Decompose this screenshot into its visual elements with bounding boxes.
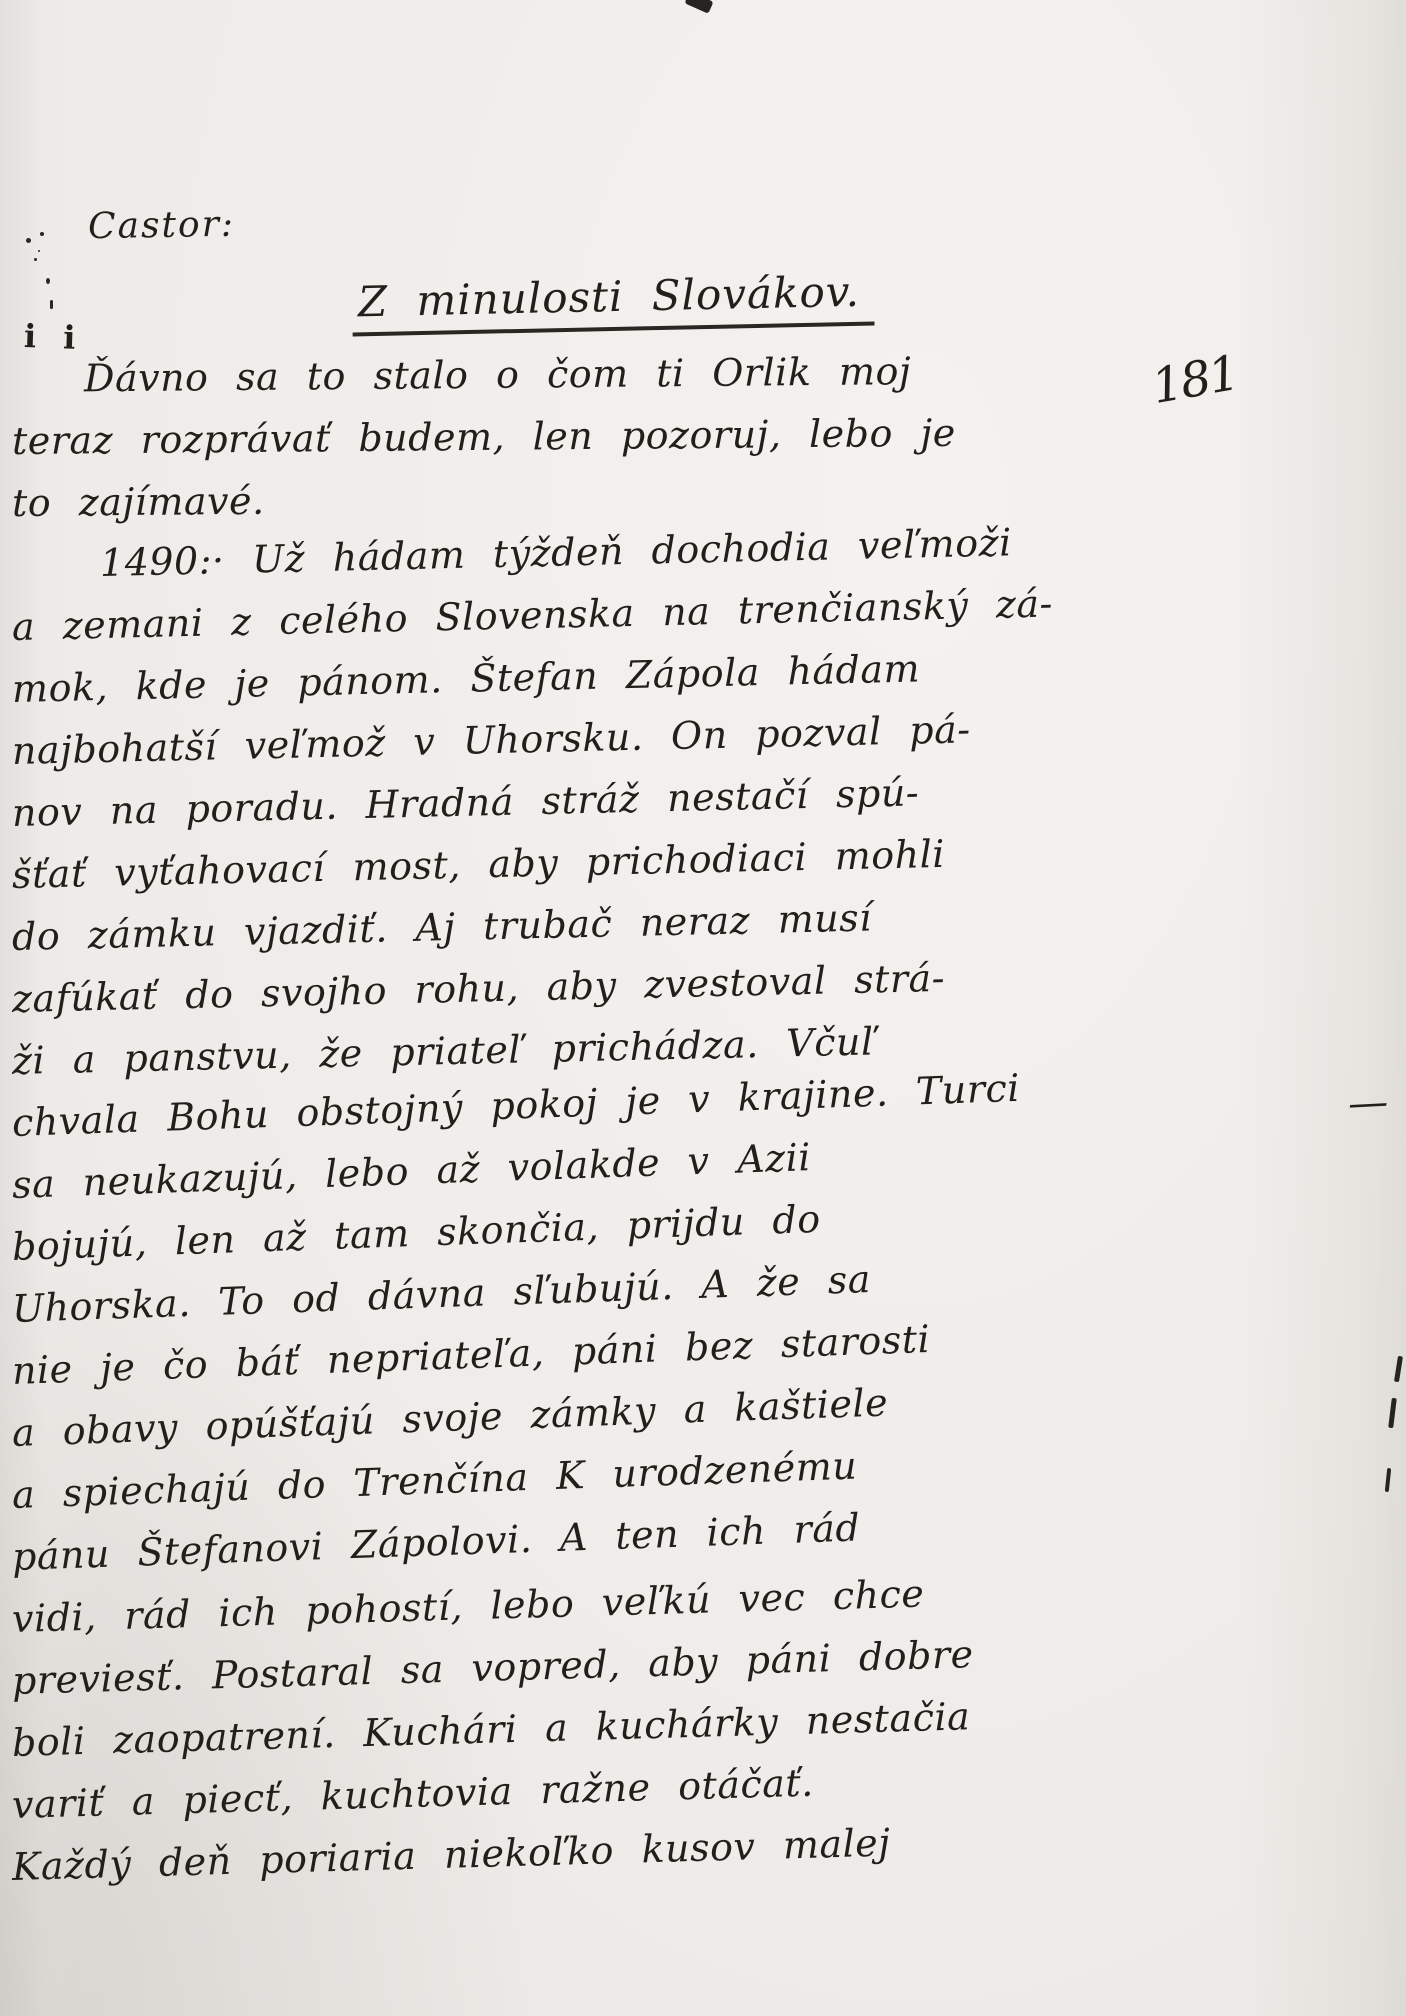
ink-speckle bbox=[46, 278, 50, 284]
ink-speckle bbox=[50, 300, 53, 309]
margin-tick-marks: i i bbox=[23, 317, 84, 357]
margin-ink-stroke bbox=[1394, 1356, 1403, 1382]
ink-speckle bbox=[26, 238, 31, 243]
scan-edge-mark bbox=[684, 0, 713, 14]
ink-speckle bbox=[38, 250, 40, 252]
manuscript-body: Ďávno sa to stalo o čom ti Orlik moj ter… bbox=[12, 348, 1392, 1898]
page-title-text: Z minulosti Slovákov. bbox=[351, 267, 874, 337]
ink-speckle bbox=[34, 258, 37, 261]
margin-dash-mark: — bbox=[1347, 1079, 1389, 1127]
ink-speckle bbox=[40, 232, 44, 236]
manuscript-page: Castor: Z minulosti Slovákov. 181 Ďávno … bbox=[0, 0, 1406, 2016]
page-title: Z minulosti Slovákov. bbox=[351, 267, 874, 337]
author-label: Castor: bbox=[88, 204, 236, 248]
